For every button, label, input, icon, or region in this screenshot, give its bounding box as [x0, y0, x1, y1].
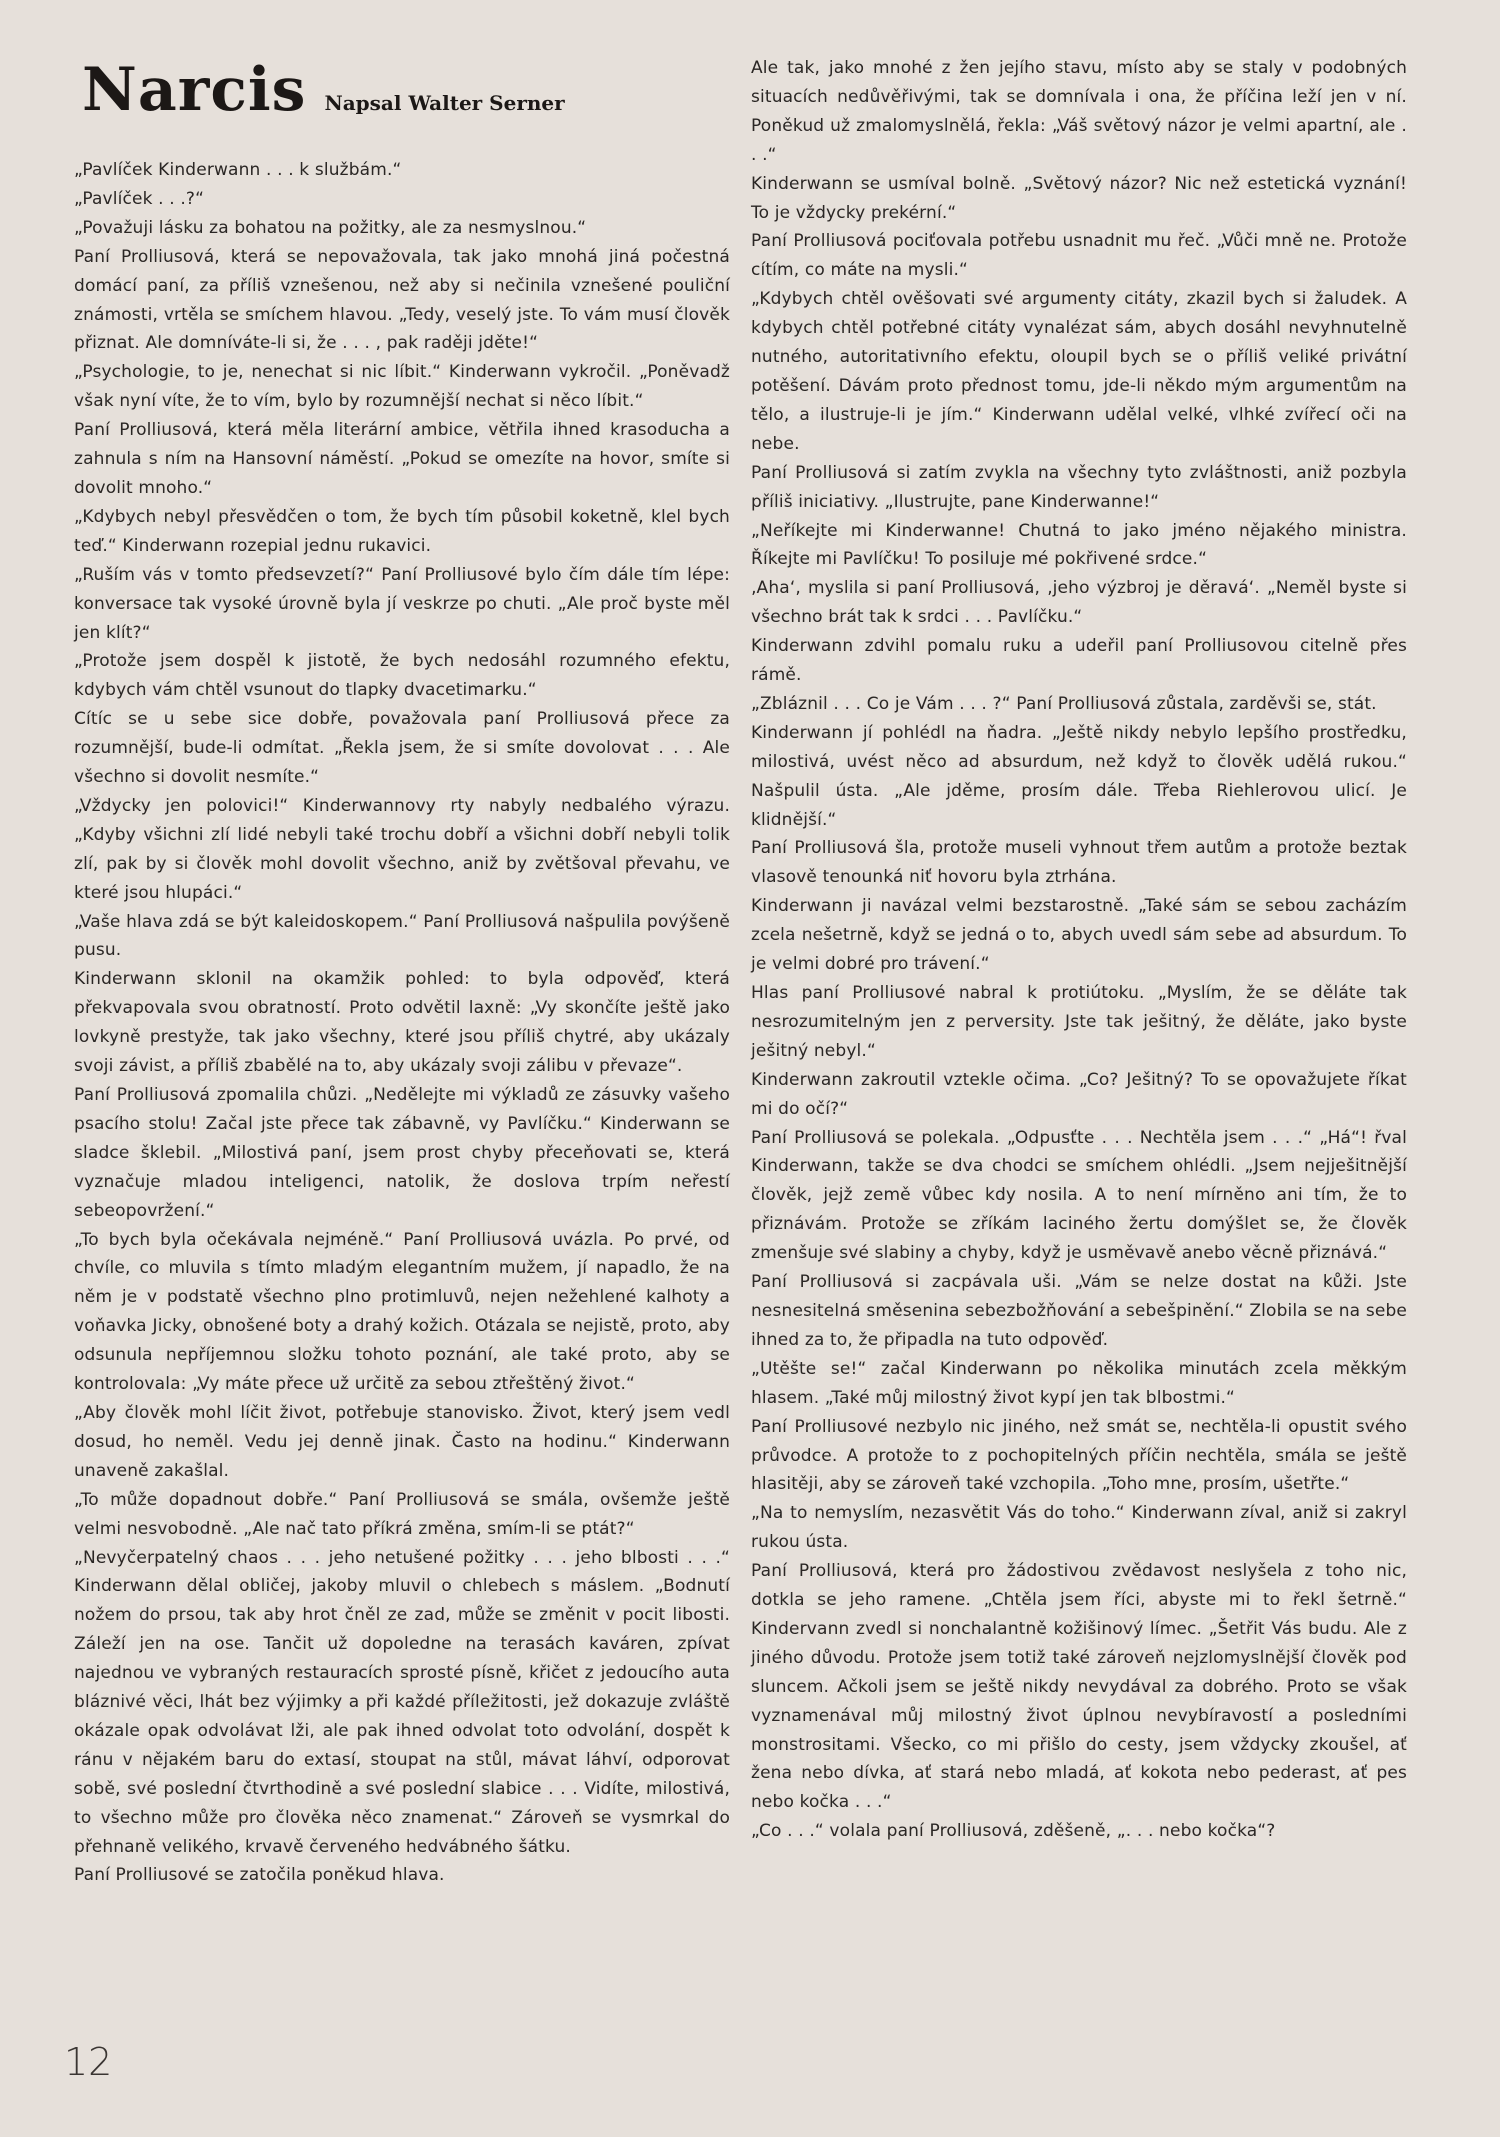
paragraph: „Pavlíček . . .?“ — [74, 185, 730, 214]
article-header: Narcis Napsal Walter Serner — [82, 60, 565, 120]
article-byline: Napsal Walter Serner — [324, 91, 564, 115]
paragraph: „Nevyčerpatelný chaos . . . jeho netušen… — [74, 1544, 730, 1862]
paragraph: „Protože jsem dospěl k jistotě, že bych … — [74, 647, 730, 705]
paragraph: Paní Prolliusová pociťovala potřebu usna… — [751, 227, 1407, 285]
paragraph: Kinderwann zakroutil vztekle očima. „Co?… — [751, 1066, 1407, 1124]
paragraph: „Ruším vás v tomto předsevzetí?“ Paní Pr… — [74, 561, 730, 648]
paragraph: „Pavlíček Kinderwann . . . k službám.“ — [74, 156, 730, 185]
paragraph: Paní Prolliusové nezbylo nic jiného, než… — [751, 1413, 1407, 1500]
paragraph: Paní Prolliusová šla, protože museli vyh… — [751, 834, 1407, 892]
paragraph: „Psychologie, to je, nenechat si nic líb… — [74, 358, 730, 416]
paragraph: Paní Prolliusová se polekala. „Odpusťte … — [751, 1124, 1407, 1269]
paragraph: Paní Prolliusová, která měla literární a… — [74, 416, 730, 503]
paragraph: Kinderwann sklonil na okamžik pohled: to… — [74, 965, 730, 1081]
left-text-column: „Pavlíček Kinderwann . . . k službám.“ „… — [74, 156, 730, 1890]
paragraph: Cítíc se u sebe sice dobře, považovala p… — [74, 705, 730, 792]
paragraph: „Co . . .“ volala paní Prolliusová, zděš… — [751, 1817, 1407, 1846]
page-number: 12 — [64, 2040, 112, 2084]
paragraph: Paní Prolliusová, která pro žádostivou z… — [751, 1557, 1407, 1817]
paragraph: Kinderwann se usmíval bolně. „Světový ná… — [751, 170, 1407, 228]
paragraph: ‚Aha‘, myslila si paní Prolliusová, ‚jeh… — [751, 574, 1407, 632]
article-title: Narcis — [82, 60, 306, 120]
paragraph: Hlas paní Prolliusové nabral k protiútok… — [751, 979, 1407, 1066]
paragraph: „Aby člověk mohl líčit život, potřebuje … — [74, 1399, 730, 1486]
paragraph: „Kdybych chtěl ověšovati své argumenty c… — [751, 285, 1407, 458]
paragraph: „To může dopadnout dobře.“ Paní Prollius… — [74, 1486, 730, 1544]
paragraph: „Vaše hlava zdá se být kaleidoskopem.“ P… — [74, 908, 730, 966]
paragraph: „Utěšte se!“ začal Kinderwann po několik… — [751, 1355, 1407, 1413]
paragraph: Paní Prolliusová zpomalila chůzi. „Neděl… — [74, 1081, 730, 1226]
paragraph: „Zbláznil . . . Co je Vám . . . ?“ Paní … — [751, 690, 1407, 719]
right-text-column: Ale tak, jako mnohé z žen jejího stavu, … — [751, 54, 1407, 1846]
paragraph: Paní Prolliusová, která se nepovažovala,… — [74, 243, 730, 359]
paragraph: Paní Prolliusová si zacpávala uši. „Vám … — [751, 1268, 1407, 1355]
paragraph: „Kdybych nebyl přesvědčen o tom, že bych… — [74, 503, 730, 561]
paragraph: „Vždycky jen polovici!“ Kinderwannovy rt… — [74, 792, 730, 908]
paragraph: Kinderwann jí pohlédl na ňadra. „Ještě n… — [751, 719, 1407, 835]
paragraph: Paní Prolliusové se zatočila poněkud hla… — [74, 1861, 730, 1890]
paragraph: „Považuji lásku za bohatou na požitky, a… — [74, 214, 730, 243]
paragraph: Kinderwann zdvihl pomalu ruku a udeřil p… — [751, 632, 1407, 690]
paragraph: Ale tak, jako mnohé z žen jejího stavu, … — [751, 54, 1407, 170]
paragraph: „To bych byla očekávala nejméně.“ Paní P… — [74, 1226, 730, 1399]
paragraph: „Neříkejte mi Kinderwanne! Chutná to jak… — [751, 517, 1407, 575]
paragraph: Kinderwann ji navázal velmi bezstarostně… — [751, 892, 1407, 979]
paragraph: Paní Prolliusová si zatím zvykla na všec… — [751, 459, 1407, 517]
paragraph: „Na to nemyslím, nezasvětit Vás do toho.… — [751, 1499, 1407, 1557]
